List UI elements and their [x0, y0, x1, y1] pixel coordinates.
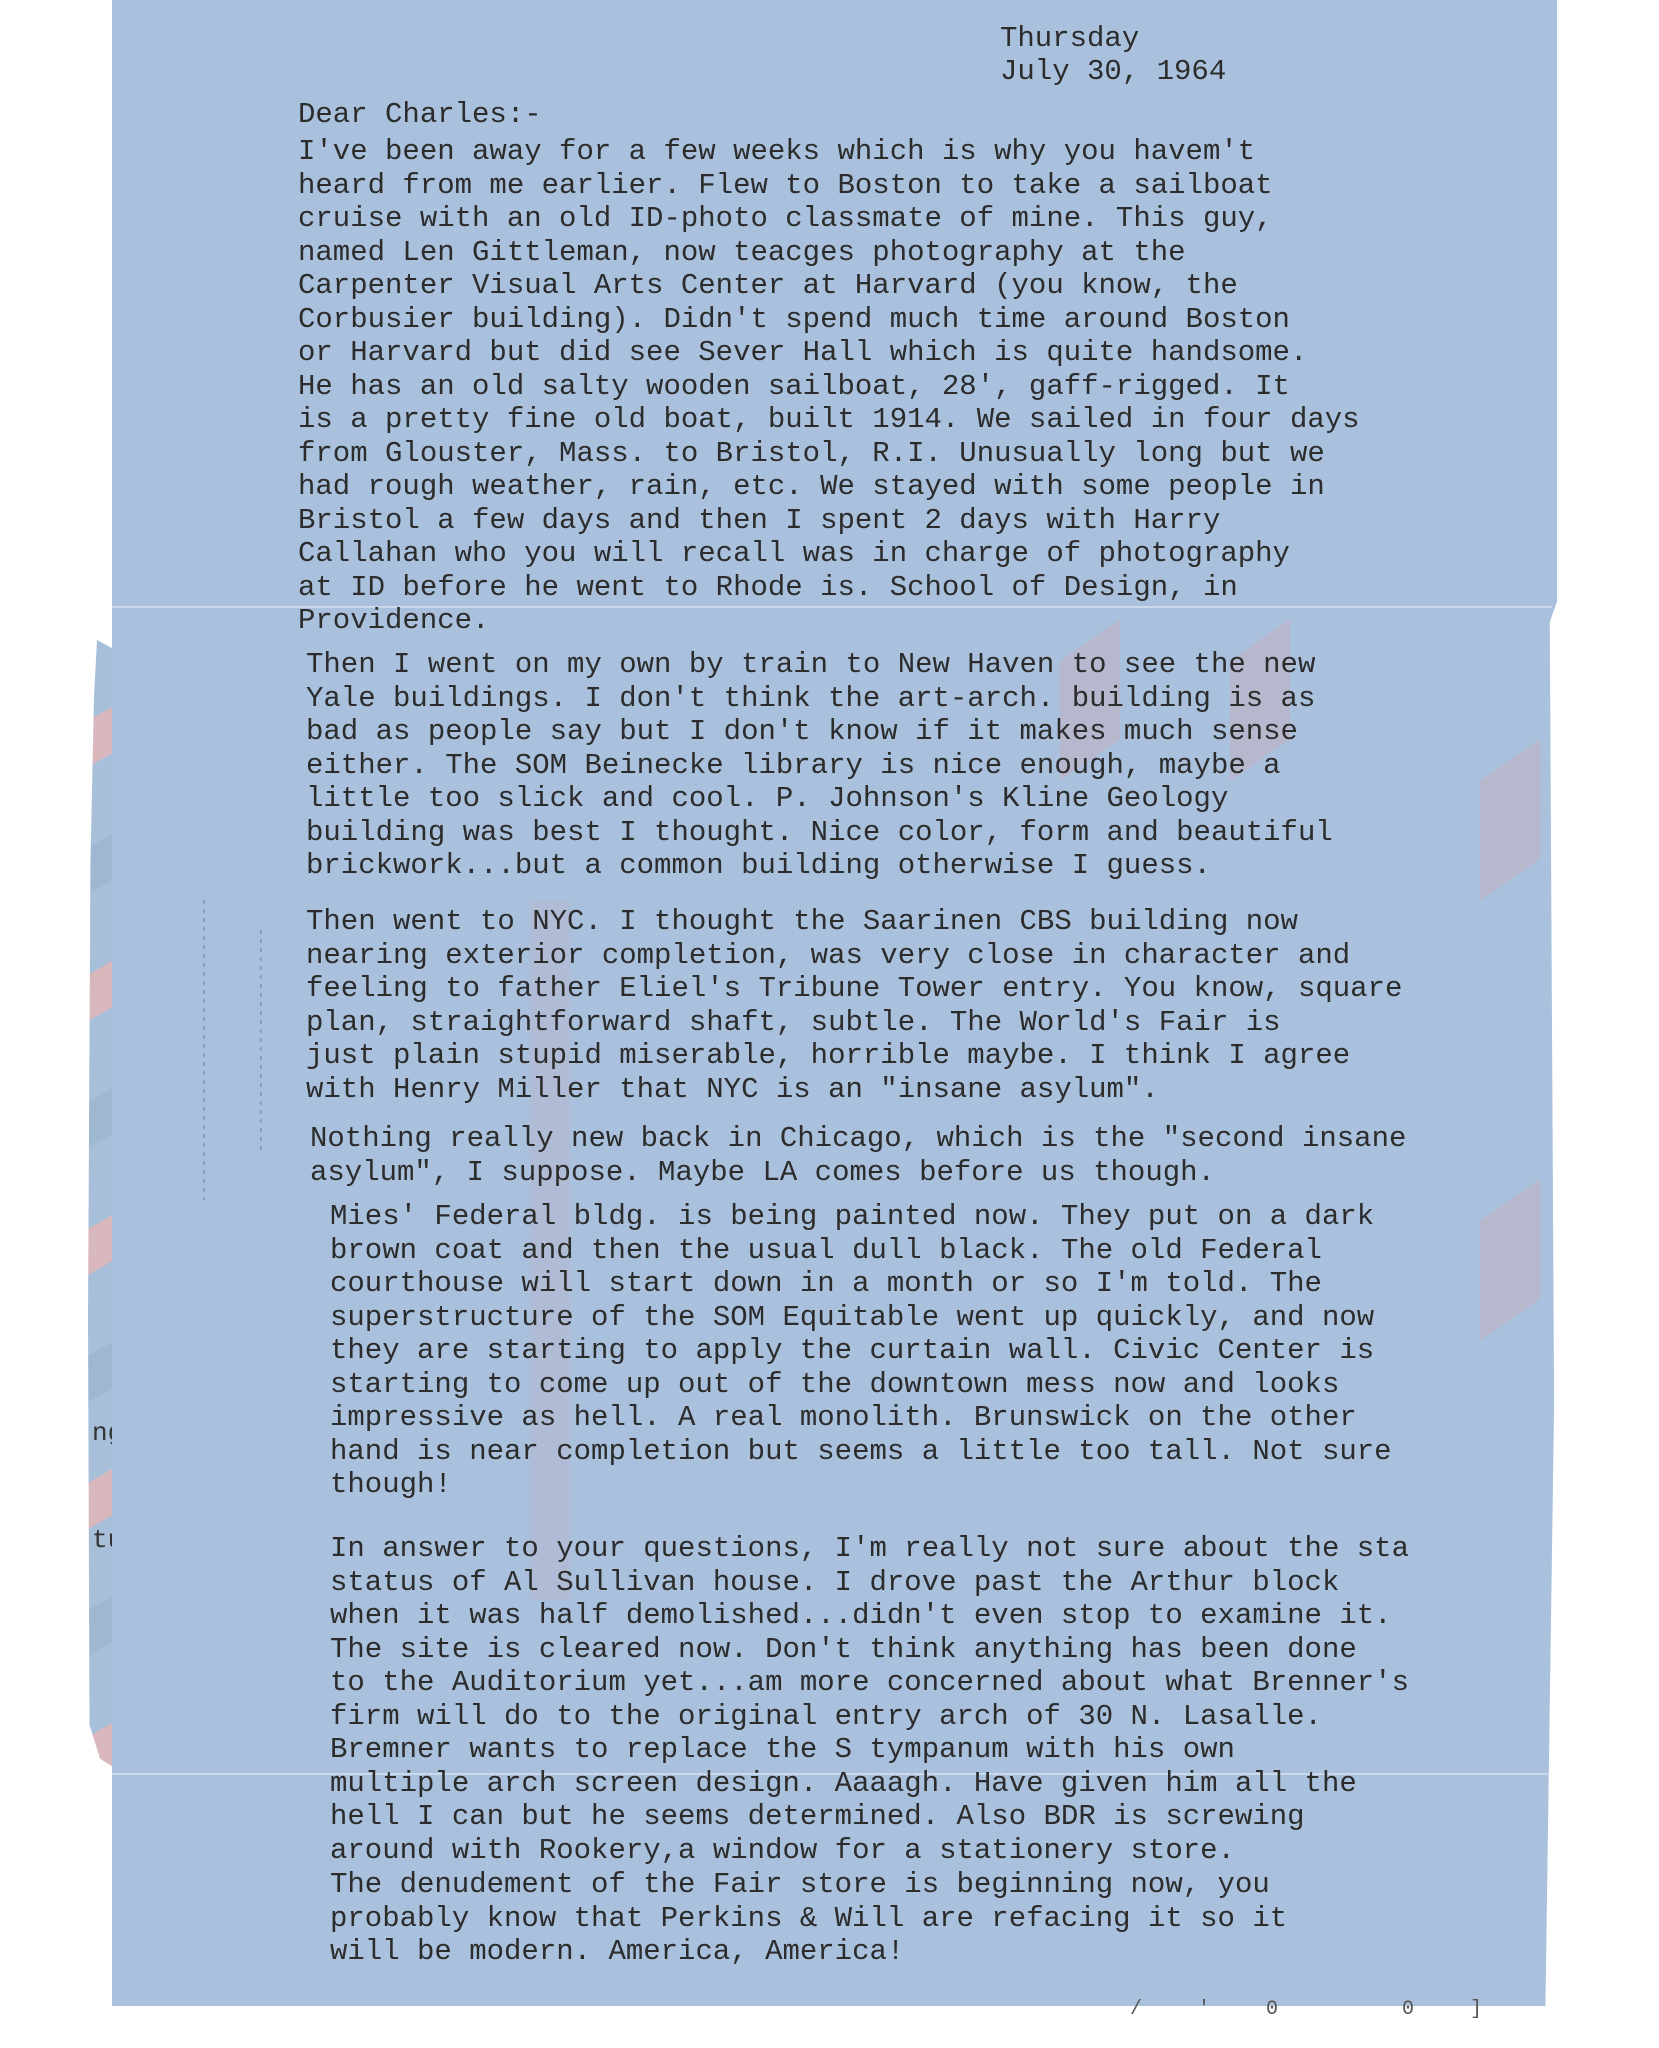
paragraph: Then I went on my own by train to New Ha… — [306, 648, 1333, 883]
text-line: probably know that Perkins & Will are re… — [330, 1902, 1287, 1936]
text-line: Callahan who you will recall was in char… — [298, 537, 1360, 571]
bleed-through-text — [203, 900, 205, 1200]
paragraph: I've been away for a few weeks which is … — [298, 135, 1360, 638]
text-line: firm will do to the original entry arch … — [330, 1700, 1409, 1734]
date-full: July 30, 1964 — [1000, 55, 1226, 88]
text-line: In answer to your questions, I'm really … — [330, 1532, 1409, 1566]
text-line: The site is cleared now. Don't think any… — [330, 1633, 1409, 1667]
text-line: multiple arch screen design. Aaaagh. Hav… — [330, 1767, 1409, 1801]
text-line: cruise with an old ID-photo classmate of… — [298, 202, 1360, 236]
date-day: Thursday — [1000, 22, 1226, 55]
text-line: though! — [330, 1468, 1392, 1502]
text-line: when it was half demolished...didn't eve… — [330, 1599, 1409, 1633]
text-line: will be modern. America, America! — [330, 1935, 1287, 1969]
text-line: either. The SOM Beinecke library is nice… — [306, 749, 1333, 783]
text-line: or Harvard but did see Sever Hall which … — [298, 336, 1360, 370]
text-line: starting to come up out of the downtown … — [330, 1368, 1392, 1402]
text-line: hell I can but he seems determined. Also… — [330, 1800, 1409, 1834]
text-line: Mies' Federal bldg. is being painted now… — [330, 1200, 1392, 1234]
text-line: at ID before he went to Rhode is. School… — [298, 571, 1360, 605]
text-line: just plain stupid miserable, horrible ma… — [306, 1039, 1402, 1073]
text-line: plan, straightforward shaft, subtle. The… — [306, 1006, 1402, 1040]
text-line: I've been away for a few weeks which is … — [298, 135, 1360, 169]
text-line: bad as people say but I don't know if it… — [306, 715, 1333, 749]
text-line: asylum", I suppose. Maybe LA comes befor… — [310, 1156, 1406, 1190]
text-line: named Len Gittleman, now teacges photogr… — [298, 236, 1360, 270]
text-line: heard from me earlier. Flew to Boston to… — [298, 169, 1360, 203]
text-line: brickwork...but a common building otherw… — [306, 849, 1333, 883]
paragraph: Nothing really new back in Chicago, whic… — [310, 1122, 1406, 1189]
cut-off-text-marks: / ' 0 0 ] — [1130, 1998, 1504, 2021]
text-line: little too slick and cool. P. Johnson's … — [306, 782, 1333, 816]
paragraph: In answer to your questions, I'm really … — [330, 1532, 1409, 1867]
text-line: brown coat and then the usual dull black… — [330, 1234, 1392, 1268]
text-line: with Henry Miller that NYC is an "insane… — [306, 1073, 1402, 1107]
text-line: building was best I thought. Nice color,… — [306, 816, 1333, 850]
text-line: Bremner wants to replace the S tympanum … — [330, 1733, 1409, 1767]
text-line: Corbusier building). Didn't spend much t… — [298, 303, 1360, 337]
paragraph: The denudement of the Fair store is begi… — [330, 1868, 1287, 1969]
text-line: nearing exterior completion, was very cl… — [306, 939, 1402, 973]
text-line: they are starting to apply the curtain w… — [330, 1334, 1392, 1368]
paragraph: Then went to NYC. I thought the Saarinen… — [306, 905, 1402, 1106]
paragraph: Mies' Federal bldg. is being painted now… — [330, 1200, 1392, 1502]
text-line: superstructure of the SOM Equitable went… — [330, 1301, 1392, 1335]
salutation: Dear Charles:- — [298, 98, 542, 131]
text-line: around with Rookery,a window for a stati… — [330, 1834, 1409, 1868]
text-line: had rough weather, rain, etc. We stayed … — [298, 470, 1360, 504]
text-line: from Glouster, Mass. to Bristol, R.I. Un… — [298, 437, 1360, 471]
letter-date: Thursday July 30, 1964 — [1000, 22, 1226, 88]
text-line: is a pretty fine old boat, built 1914. W… — [298, 403, 1360, 437]
text-line: The denudement of the Fair store is begi… — [330, 1868, 1287, 1902]
text-line: Providence. — [298, 604, 1360, 638]
text-line: hand is near completion but seems a litt… — [330, 1435, 1392, 1469]
text-line: Yale buildings. I don't think the art-ar… — [306, 682, 1333, 716]
text-line: courthouse will start down in a month or… — [330, 1267, 1392, 1301]
text-line: Then went to NYC. I thought the Saarinen… — [306, 905, 1402, 939]
text-line: Carpenter Visual Arts Center at Harvard … — [298, 269, 1360, 303]
text-line: to the Auditorium yet...am more concerne… — [330, 1666, 1409, 1700]
text-line: Bristol a few days and then I spent 2 da… — [298, 504, 1360, 538]
text-line: impressive as hell. A real monolith. Bru… — [330, 1401, 1392, 1435]
text-line: status of Al Sullivan house. I drove pas… — [330, 1566, 1409, 1600]
text-line: Nothing really new back in Chicago, whic… — [310, 1122, 1406, 1156]
bleed-through-text — [260, 930, 262, 1150]
text-line: He has an old salty wooden sailboat, 28'… — [298, 370, 1360, 404]
text-line: feeling to father Eliel's Tribune Tower … — [306, 972, 1402, 1006]
text-line: Then I went on my own by train to New Ha… — [306, 648, 1333, 682]
